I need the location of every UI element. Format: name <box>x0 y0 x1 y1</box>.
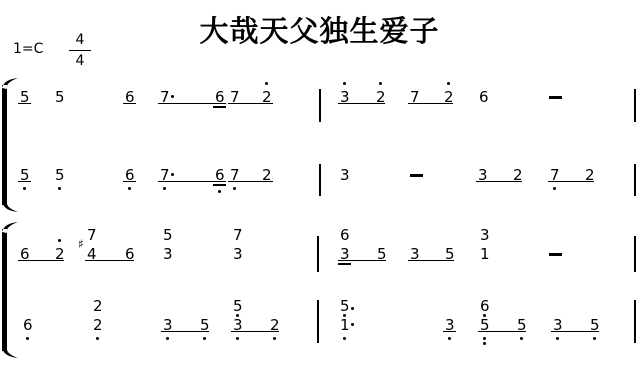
note: 7 <box>550 165 560 180</box>
low-octave-dot <box>26 337 29 340</box>
note: 7 <box>230 87 240 102</box>
beam <box>408 103 453 105</box>
note: 5 <box>517 315 527 330</box>
note-number: 5 <box>55 168 65 183</box>
note: 7 <box>160 87 170 102</box>
note: 7 <box>410 87 420 102</box>
note: 3 <box>340 87 350 102</box>
half-note-dash <box>549 96 562 99</box>
augmentation-dot <box>351 323 354 326</box>
augmentation-dot <box>171 95 174 98</box>
high-octave-dot <box>265 82 268 85</box>
time-signature-denominator: 4 <box>68 52 92 70</box>
augmentation-dot <box>351 307 354 310</box>
chord-top-number: 5 <box>163 228 173 243</box>
note: 6 <box>20 244 30 259</box>
half-note-dash <box>410 174 423 177</box>
low-octave-dot <box>553 187 556 190</box>
note: 3 <box>410 244 420 259</box>
note: 3 <box>445 315 455 330</box>
note-number: 5 <box>55 90 65 105</box>
low-octave-dot <box>128 187 131 190</box>
beam <box>443 331 456 333</box>
beam <box>213 106 226 108</box>
barline <box>634 300 636 343</box>
stave: 556767232726 <box>0 87 639 133</box>
note-number: 2 <box>93 318 103 333</box>
note: 35 <box>163 244 173 259</box>
beam <box>476 181 522 183</box>
low-octave-dot <box>556 337 559 340</box>
sharp-icon: ♯ <box>78 238 84 250</box>
beam <box>18 181 31 183</box>
note: 2 <box>270 315 280 330</box>
note: 5 <box>20 165 30 180</box>
beam <box>551 331 599 333</box>
time-signature: 4 4 <box>68 31 92 70</box>
beam <box>338 103 385 105</box>
low-octave-dot <box>163 187 166 190</box>
note: 5 <box>20 87 30 102</box>
note: 2 <box>513 165 523 180</box>
note-number: 3 <box>340 168 350 183</box>
note: 5 <box>590 315 600 330</box>
low-octave-dot <box>96 337 99 340</box>
note: 5 <box>55 165 65 180</box>
low-octave-dot <box>236 314 239 317</box>
low-octave-dot <box>273 337 276 340</box>
beam <box>18 103 31 105</box>
barline <box>319 89 321 122</box>
low-octave-dot <box>520 337 523 340</box>
note: 7 <box>230 165 240 180</box>
chord-top-number: 5 <box>233 299 243 314</box>
note: 6 <box>125 165 135 180</box>
beam <box>231 331 279 333</box>
stave: 624♯7635373653513 <box>0 244 639 290</box>
low-octave-dot <box>58 187 61 190</box>
beam <box>338 263 351 265</box>
beam <box>338 260 386 262</box>
note: 56 <box>480 315 490 330</box>
note: 5 <box>377 244 387 259</box>
beam <box>123 181 136 183</box>
beam <box>213 184 226 186</box>
note: 6 <box>125 87 135 102</box>
note-number: 3 <box>163 247 173 262</box>
half-note-dash <box>549 253 562 256</box>
note: 2 <box>444 87 454 102</box>
high-octave-dot <box>379 82 382 85</box>
beam <box>478 331 526 333</box>
note: 22 <box>93 315 103 330</box>
note: 3 <box>163 315 173 330</box>
sheet-music-page: 大哉天父独生爱子 1=C 4 4 55676723272655676723327… <box>0 0 639 370</box>
note: 3 <box>340 165 350 180</box>
note-number: 6 <box>23 318 33 333</box>
barline <box>634 236 636 272</box>
stave: 6223535215356535 <box>0 315 639 361</box>
note: 2 <box>376 87 386 102</box>
note: 6 <box>125 244 135 259</box>
beam <box>158 103 226 105</box>
note-number: 6 <box>479 90 489 105</box>
note: 4♯7 <box>87 244 97 259</box>
note: 6 <box>215 165 225 180</box>
note-number: 3 <box>233 247 243 262</box>
note: 2 <box>55 244 65 259</box>
chord-top-number: 6 <box>340 228 350 243</box>
chord-top-number: 5 <box>340 299 350 314</box>
beam <box>408 260 454 262</box>
note: 2 <box>585 165 595 180</box>
time-signature-numerator: 4 <box>68 31 92 49</box>
note: 35 <box>233 315 243 330</box>
chord-top-number: 7 <box>233 228 243 243</box>
high-octave-dot <box>58 239 61 242</box>
note: 5 <box>445 244 455 259</box>
note: 5 <box>55 87 65 102</box>
beam <box>228 103 273 105</box>
low-octave-dot <box>218 190 221 193</box>
low-octave-dot <box>483 337 486 340</box>
note: 6 <box>215 87 225 102</box>
note: 3 <box>478 165 488 180</box>
chord-top-number: 2 <box>93 299 103 314</box>
barline <box>319 164 321 196</box>
low-octave-dot <box>23 187 26 190</box>
barline <box>317 236 319 272</box>
low-octave-dot <box>593 337 596 340</box>
chord-top-number: 3 <box>480 228 490 243</box>
augmentation-dot <box>171 173 174 176</box>
song-title: 大哉天父独生爱子 <box>0 13 639 49</box>
low-octave-dot <box>483 314 486 317</box>
beam <box>548 181 594 183</box>
low-octave-dot <box>343 337 346 340</box>
note: 15 <box>340 315 350 330</box>
beam <box>123 103 136 105</box>
note: 2 <box>262 165 272 180</box>
barline <box>634 89 636 122</box>
low-octave-dot <box>166 337 169 340</box>
low-octave-dot <box>483 342 486 345</box>
barline <box>634 164 636 196</box>
chord-top-number: 7 <box>87 228 97 243</box>
beam <box>85 260 134 262</box>
key-signature: 1=C <box>13 41 43 57</box>
chord-top-number: 6 <box>480 299 490 314</box>
barline <box>317 300 319 343</box>
note: 13 <box>480 244 490 259</box>
note: 3 <box>553 315 563 330</box>
note: 6 <box>23 315 33 330</box>
note: 37 <box>233 244 243 259</box>
beam <box>18 260 64 262</box>
stave: 556767233272 <box>0 165 639 211</box>
note: 2 <box>262 87 272 102</box>
note: 7 <box>160 165 170 180</box>
time-signature-line <box>69 50 91 51</box>
low-octave-dot <box>236 337 239 340</box>
low-octave-dot <box>343 314 346 317</box>
high-octave-dot <box>343 82 346 85</box>
beam <box>158 181 226 183</box>
note-number: 1 <box>480 247 490 262</box>
note-number: 1 <box>340 318 350 333</box>
note: 36 <box>340 244 350 259</box>
low-octave-dot <box>203 337 206 340</box>
beam <box>228 181 273 183</box>
note: 6 <box>479 87 489 102</box>
high-octave-dot <box>447 82 450 85</box>
low-octave-dot <box>448 337 451 340</box>
beam <box>161 331 209 333</box>
note: 5 <box>200 315 210 330</box>
low-octave-dot <box>233 187 236 190</box>
